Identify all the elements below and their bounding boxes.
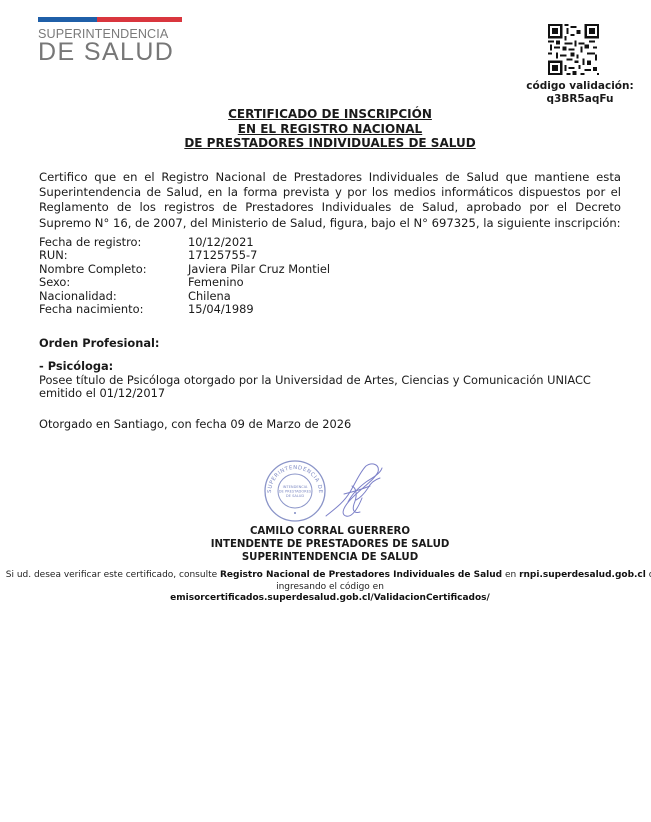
field-row: Nacionalidad:Chilena xyxy=(39,290,330,303)
field-value: 15/04/1989 xyxy=(188,303,254,316)
registry-name: Registro Nacional de Prestadores Individ… xyxy=(220,570,502,580)
field-label: Fecha nacimiento: xyxy=(39,303,188,316)
title-line3: DE PRESTADORES INDIVIDUALES DE SALUD xyxy=(184,136,475,150)
signer-position: INTENDENTE DE PRESTADORES DE SALUD xyxy=(0,538,651,551)
registration-fields: Fecha de registro:10/12/2021 RUN:1712575… xyxy=(39,236,330,316)
validation-code: q3BR5aqFu xyxy=(520,93,640,106)
signature-icon xyxy=(322,458,386,524)
seal-inner-line2: DE PRESTADORES xyxy=(279,490,312,494)
issued-statement: Otorgado en Santiago, con fecha 09 de Ma… xyxy=(39,417,351,431)
verify-text: Si ud. desea verificar este certificado,… xyxy=(6,570,220,580)
field-row: Sexo:Femenino xyxy=(39,276,330,289)
orden-heading: Orden Profesional: xyxy=(39,336,160,350)
profession-description: Posee título de Psicóloga otorgado por l… xyxy=(39,374,621,401)
profession-block: - Psicóloga: Posee título de Psicóloga o… xyxy=(39,360,621,401)
field-row: Nombre Completo:Javiera Pilar Cruz Monti… xyxy=(39,263,330,276)
field-label: Nacionalidad: xyxy=(39,290,188,303)
certificate-title: CERTIFICADO DE INSCRIPCIÓN EN EL REGISTR… xyxy=(0,107,651,151)
field-value: Femenino xyxy=(188,276,244,289)
signer-block: CAMILO CORRAL GUERRERO INTENDENTE DE PRE… xyxy=(0,525,651,564)
superintendencia-logo: SUPERINTENDENCIA DE SALUD xyxy=(38,17,182,64)
seal-inner-line3: DE SALUD xyxy=(286,494,304,498)
field-label: RUN: xyxy=(39,249,188,262)
profession-title: - Psicóloga: xyxy=(39,360,621,374)
field-value: 17125755-7 xyxy=(188,249,257,262)
field-value: Chilena xyxy=(188,290,231,303)
validation-url-link[interactable]: emisorcertificados.superdesalud.gob.cl/V… xyxy=(170,593,490,603)
field-value: 10/12/2021 xyxy=(188,236,254,249)
intro-paragraph: Certifico que en el Registro Nacional de… xyxy=(39,170,621,231)
validation-code-block: código validación: q3BR5aqFu xyxy=(520,80,640,106)
verification-note: Si ud. desea verificar este certificado,… xyxy=(0,570,651,605)
signer-institution: SUPERINTENDENCIA DE SALUD xyxy=(0,551,651,564)
field-row: Fecha nacimiento:15/04/1989 xyxy=(39,303,330,316)
logo-line2: DE SALUD xyxy=(38,40,182,64)
validation-label: código validación: xyxy=(520,80,640,93)
field-label: Fecha de registro: xyxy=(39,236,188,249)
logo-flag-bar xyxy=(38,17,182,22)
field-row: Fecha de registro:10/12/2021 xyxy=(39,236,330,249)
signer-name: CAMILO CORRAL GUERRERO xyxy=(0,525,651,538)
field-label: Nombre Completo: xyxy=(39,263,188,276)
qr-code-icon xyxy=(548,24,599,75)
seal-inner-line1: INTENDENCIA xyxy=(283,485,308,489)
title-line2: EN EL REGISTRO NACIONAL xyxy=(238,122,422,136)
field-label: Sexo: xyxy=(39,276,188,289)
rnpi-url-link[interactable]: rnpi.superdesalud.gob.cl xyxy=(519,570,646,580)
field-row: RUN:17125755-7 xyxy=(39,249,330,262)
field-value: Javiera Pilar Cruz Montiel xyxy=(188,263,330,276)
verify-text: en xyxy=(502,570,519,580)
official-seal-icon: SUPERINTENDENCIA DE SALUD INTENDENCIA DE… xyxy=(263,459,327,523)
title-line1: CERTIFICADO DE INSCRIPCIÓN xyxy=(228,107,432,121)
